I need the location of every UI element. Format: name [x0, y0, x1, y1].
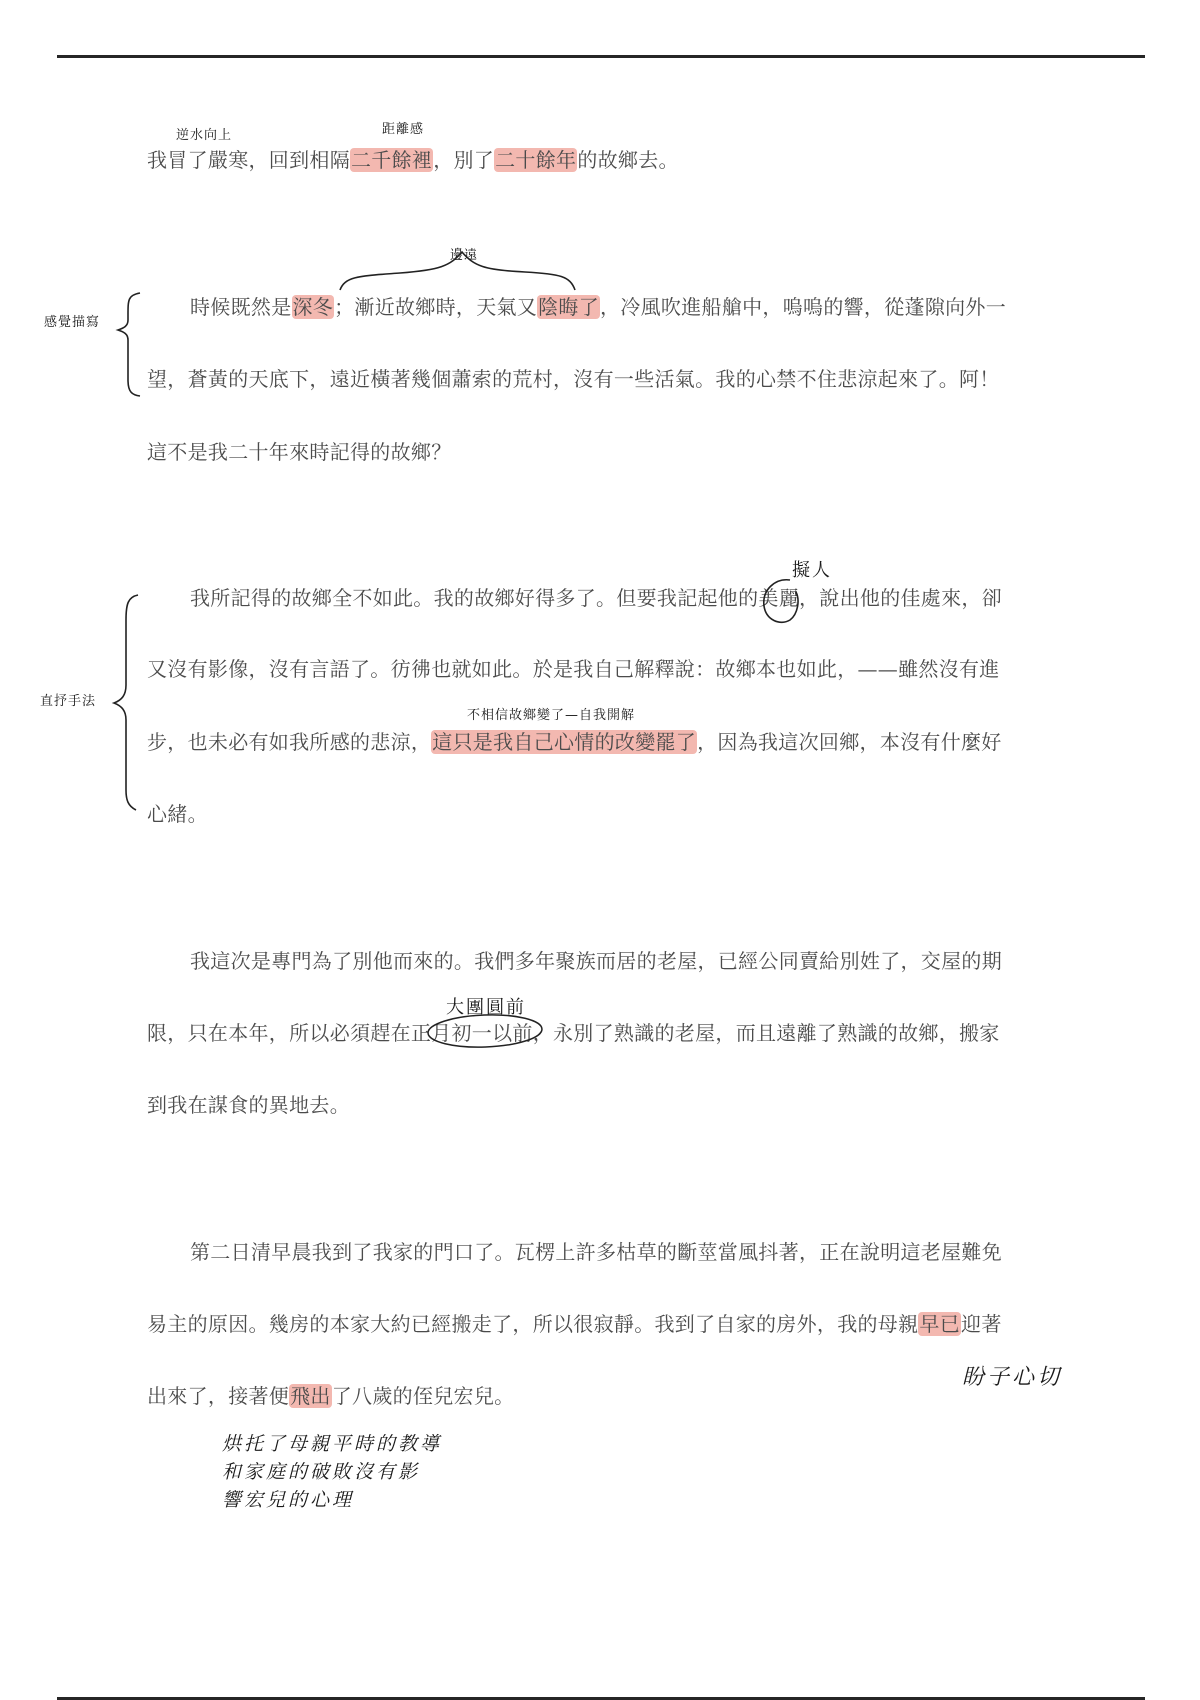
para5-line2: 易主的原因。幾房的本家大約已經搬走了，所以很寂靜。我到了自家的房外，我的母親早已…	[147, 1310, 1077, 1338]
highlight-run: 飛出	[289, 1384, 332, 1408]
para3-line3: 步，也未必有如我所感的悲涼，這只是我自己心情的改變罷了，因為我這次回鄉，本沒有什…	[147, 728, 1077, 756]
highlight-run: 二千餘裡	[350, 148, 433, 172]
handwritten-note: 盼子心切	[962, 1360, 1062, 1391]
highlight-run: 深冬	[292, 295, 335, 319]
ink-annotations	[0, 0, 1200, 1700]
left-brace-icon	[118, 293, 140, 396]
para3-line4: 心緒。	[147, 800, 1077, 828]
handwritten-note: 邊遠	[450, 244, 478, 263]
text-run: 迎著	[961, 1312, 1002, 1336]
text-run: 這不是我二十年來時記得的故鄉？	[147, 440, 452, 464]
handwritten-note: 不相信故鄉變了—自我開解	[467, 704, 635, 723]
text-run: 我所記得的故鄉全不如此。我的故鄉好得多了。但要我記起他的美麗，說出他的佳處來，卻	[190, 586, 1002, 610]
highlight-run: 陰晦了	[537, 295, 600, 319]
text-run: 我這次是專門為了別他而來的。我們多年聚族而居的老屋，已經公同賣給別姓了，交屋的期	[190, 949, 1002, 973]
handwritten-note: 直抒手法	[40, 690, 96, 709]
highlight-run: 早已	[918, 1312, 961, 1336]
text-run: 心緒。	[147, 802, 208, 826]
left-brace-icon	[114, 595, 138, 810]
handwritten-note-block: 烘托了母親平時的教導 和家庭的破敗沒有影 響宏兒的心理	[222, 1430, 442, 1514]
text-run: ，別了	[433, 148, 494, 172]
text-run: ，因為我這次回鄉，本沒有什麼好	[697, 730, 1002, 754]
para3-line2: 又沒有影像，沒有言語了。彷彿也就如此。於是我自己解釋說：故鄉本也如此，——雖然沒…	[147, 655, 1077, 683]
text-run: 限，只在本年，所以必須趕在正月初一以前，永別了熟識的老屋，而且遠離了熟識的故鄉，…	[147, 1021, 1000, 1045]
text-run: ；漸近故鄉時，天氣又	[334, 295, 537, 319]
para4-line2: 限，只在本年，所以必須趕在正月初一以前，永別了熟識的老屋，而且遠離了熟識的故鄉，…	[147, 1019, 1077, 1047]
highlight-run: 二十餘年	[494, 148, 577, 172]
handwritten-note: 擬人	[792, 556, 832, 582]
para2-line3: 這不是我二十年來時記得的故鄉？	[147, 438, 1077, 466]
handwritten-note: 大團圓前	[446, 993, 526, 1019]
text-run: 到我在謀食的異地去。	[147, 1093, 350, 1117]
text-run: 又沒有影像，沒有言語了。彷彿也就如此。於是我自己解釋說：故鄉本也如此，——雖然沒…	[147, 657, 1000, 681]
text-run: 的故鄉去。	[577, 148, 679, 172]
text-run: 第二日清早晨我到了我家的門口了。瓦楞上許多枯草的斷莖當風抖著，正在說明這老屋難免	[190, 1240, 1002, 1264]
text-run: 了八歲的侄兒宏兒。	[332, 1384, 515, 1408]
text-run: 出來了，接著便	[147, 1384, 289, 1408]
top-rule	[57, 55, 1145, 58]
para4-line1: 我這次是專門為了別他而來的。我們多年聚族而居的老屋，已經公同賣給別姓了，交屋的期	[190, 947, 1120, 975]
para1-line1: 我冒了嚴寒，回到相隔二千餘裡，別了二十餘年的故鄉去。	[147, 146, 1077, 174]
text-run: 步，也未必有如我所感的悲涼，	[147, 730, 431, 754]
text-run: 易主的原因。幾房的本家大約已經搬走了，所以很寂靜。我到了自家的房外，我的母親	[147, 1312, 918, 1336]
para2-line2: 望，蒼黃的天底下，遠近橫著幾個蕭索的荒村，沒有一些活氣。我的心禁不住悲涼起來了。…	[147, 365, 1077, 393]
text-run: 時候既然是	[190, 295, 292, 319]
handwritten-note: 感覺描寫	[44, 311, 100, 330]
para2-line1: 時候既然是深冬；漸近故鄉時，天氣又陰晦了，冷風吹進船艙中，嗚嗚的響，從蓬隙向外一	[190, 293, 1120, 321]
text-run: 望，蒼黃的天底下，遠近橫著幾個蕭索的荒村，沒有一些活氣。我的心禁不住悲涼起來了。…	[147, 367, 1000, 391]
handwritten-note: 距離感	[382, 118, 424, 137]
para5-line1: 第二日清早晨我到了我家的門口了。瓦楞上許多枯草的斷莖當風抖著，正在說明這老屋難免	[190, 1238, 1120, 1266]
text-run: ，冷風吹進船艙中，嗚嗚的響，從蓬隙向外一	[600, 295, 1006, 319]
para5-line3: 出來了，接著便飛出了八歲的侄兒宏兒。	[147, 1382, 1077, 1410]
para3-line1: 我所記得的故鄉全不如此。我的故鄉好得多了。但要我記起他的美麗，說出他的佳處來，卻	[190, 584, 1120, 612]
highlight-run: 這只是我自己心情的改變罷了	[431, 730, 697, 754]
para4-line3: 到我在謀食的異地去。	[147, 1091, 1077, 1119]
handwritten-note: 逆水向上	[176, 124, 232, 143]
text-run: 我冒了嚴寒，回到相隔	[147, 148, 350, 172]
